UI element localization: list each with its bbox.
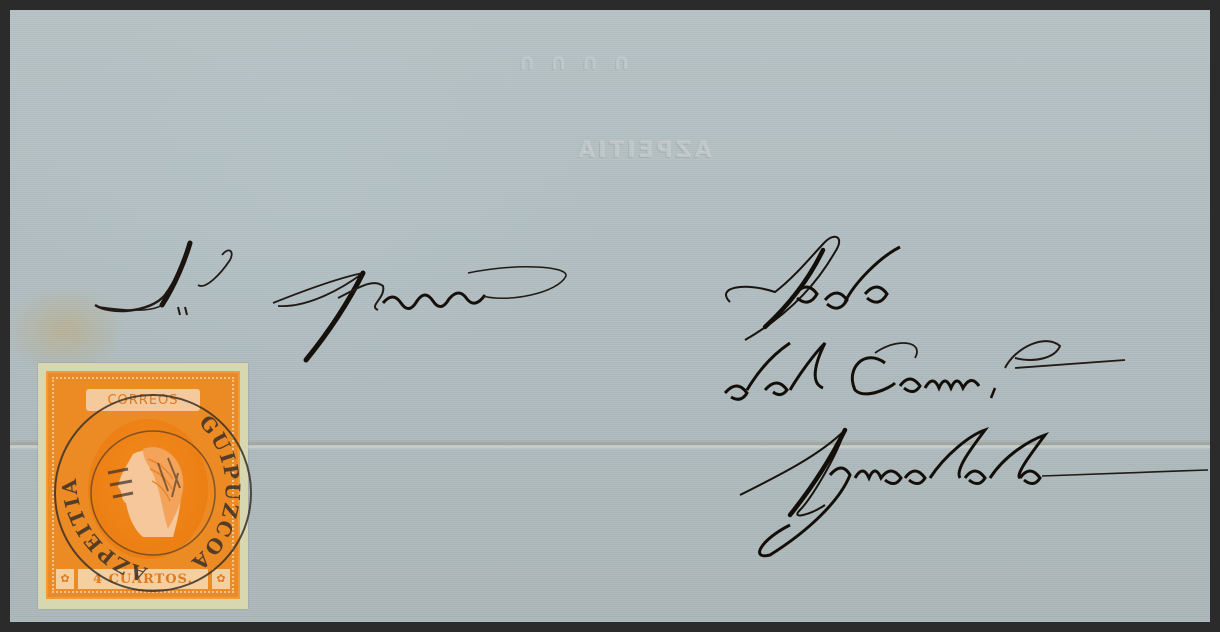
handwriting-salutation bbox=[90, 235, 250, 325]
embossed-mark-upper: ∩ ∩ ∩ ∩ bbox=[515, 50, 630, 75]
handwriting-recipient-name bbox=[268, 248, 568, 368]
postage-stamp: CORREOS ✿ ✿ 4 CUARTOS. bbox=[38, 363, 248, 609]
handwriting-address-line-2 bbox=[715, 328, 1135, 408]
letter-cover: ∩ ∩ ∩ ∩ AZPEITIA bbox=[10, 10, 1210, 622]
handwriting-address-line-1 bbox=[715, 232, 925, 342]
handwriting-address-line-3 bbox=[730, 420, 1210, 560]
embossed-mark-lower: AZPEITIA bbox=[575, 138, 712, 163]
circular-postmark: AZPEITIA GUIPUZCOA bbox=[38, 363, 278, 609]
